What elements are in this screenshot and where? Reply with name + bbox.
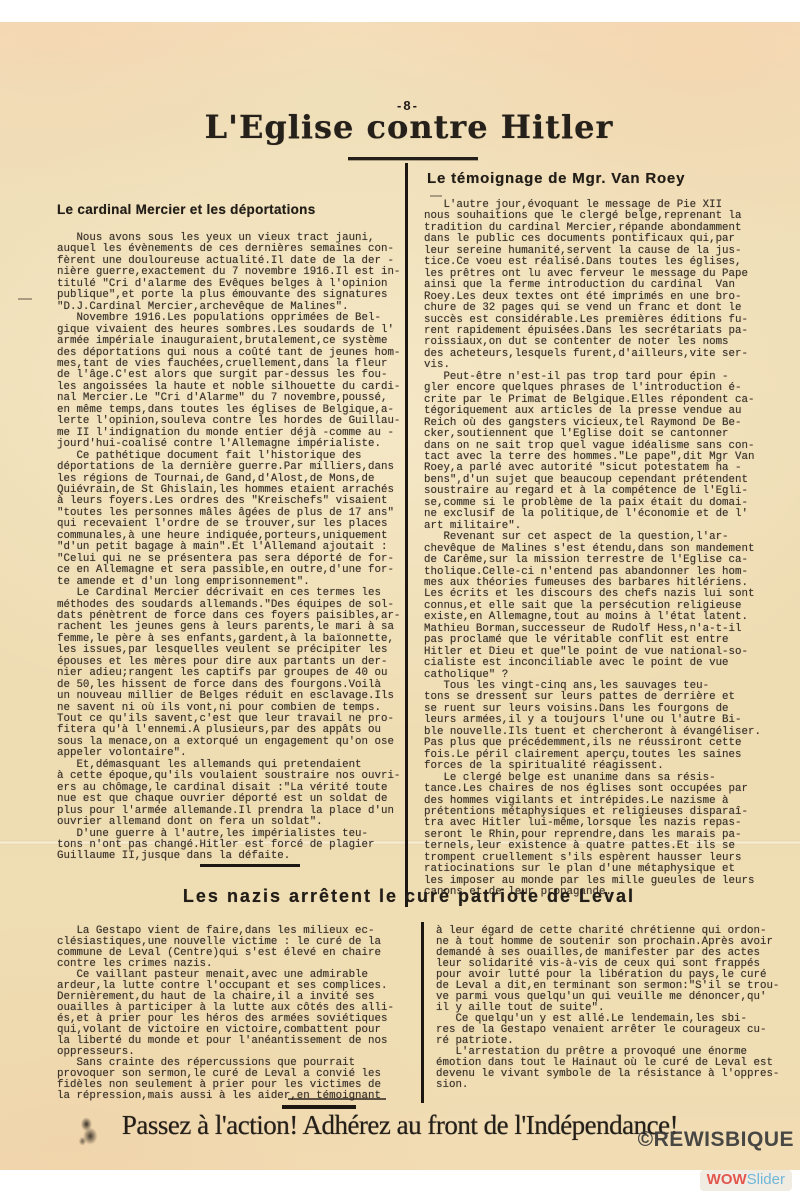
scanned-leaflet-page: { "page": { "number": "-8-", "title": "L… xyxy=(0,0,800,1200)
scan-artifact-dash xyxy=(430,195,442,197)
bottom-column-divider xyxy=(421,922,424,1103)
paper-scan-background: -8- L'Eglise contre Hitler Le cardinal M… xyxy=(0,22,800,1170)
handwritten-underline xyxy=(288,1098,386,1100)
wowslider-slider-text: Slider xyxy=(747,1171,785,1188)
article-body-leval-left: La Gestapo vient de faire,dans les milie… xyxy=(57,926,394,1102)
article-body-leval-right: à leur égard de cette charité chrétienne… xyxy=(436,926,779,1091)
copyright-watermark: ©REWISBIQUE xyxy=(638,1128,794,1152)
wowslider-watermark: WOWSlider xyxy=(700,1170,792,1191)
article-heading-vanroey: Le témoignage de Mgr. Van Roey xyxy=(427,170,685,187)
bottom-white-strip: WOWSlider xyxy=(0,1170,800,1200)
article-end-rule xyxy=(282,1105,356,1109)
article-body-vanroey: L'autre jour,évoquant le message de Pie … xyxy=(424,200,761,899)
title-underline-rule xyxy=(348,157,478,160)
article-end-rule xyxy=(200,864,300,867)
column-divider xyxy=(405,163,408,907)
article-heading-mercier: Le cardinal Mercier et les déportations xyxy=(57,202,316,217)
article-body-mercier: Nous avons sous les yeux un vieux tract … xyxy=(57,233,400,863)
wowslider-wow-text: WOW xyxy=(707,1171,747,1188)
scan-artifact-dash xyxy=(18,298,32,300)
article-heading-leval: Les nazis arrêtent le curé patriote de L… xyxy=(0,886,800,907)
ink-blot-artifact xyxy=(76,1114,102,1148)
page-title: L'Eglise contre Hitler xyxy=(0,108,800,146)
